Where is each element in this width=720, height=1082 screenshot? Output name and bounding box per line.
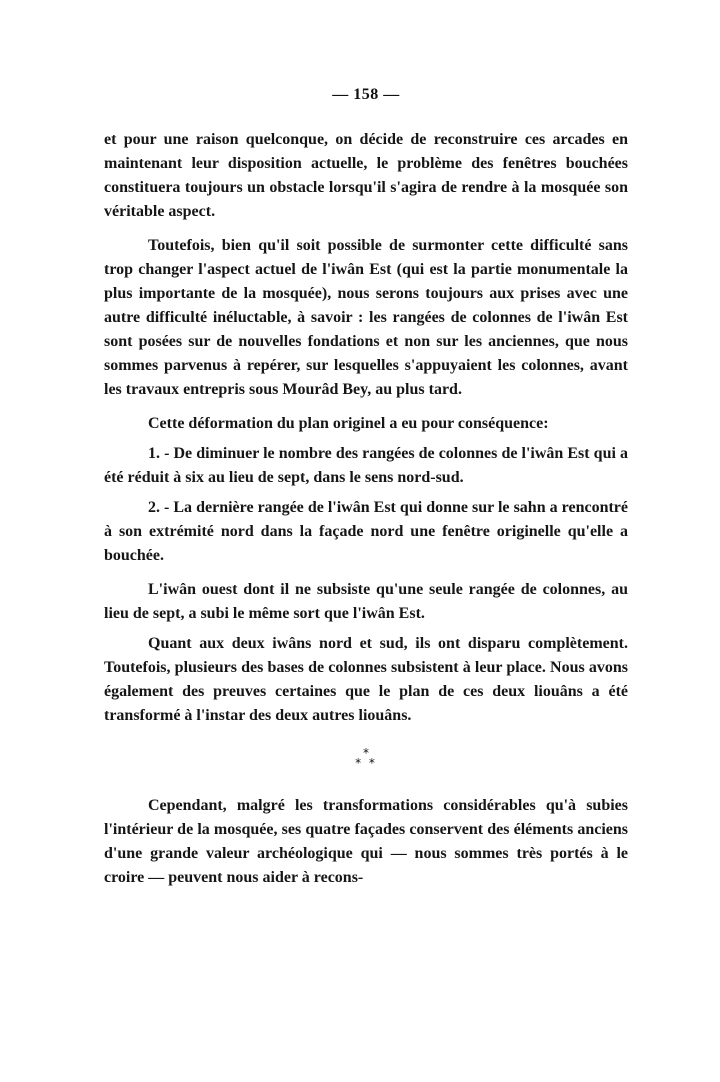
paragraph-toutefois: Toutefois, bien qu'il soit possible de s… <box>104 234 628 402</box>
list-item-2: 2. - La dernière rangée de l'iwân Est qu… <box>104 496 628 568</box>
section-separator-asterism: * * * <box>104 748 628 768</box>
paragraph-continuation: et pour une raison quelconque, on décide… <box>104 128 628 224</box>
page-number: — 158 — <box>104 86 628 104</box>
asterism-bottom: * * <box>104 758 628 768</box>
paragraph-consequence-intro: Cette déformation du plan originel a eu … <box>104 412 628 436</box>
paragraph-iwan-ouest: L'iwân ouest dont il ne subsiste qu'une … <box>104 578 628 626</box>
paragraph-iwans-nord-sud: Quant aux deux iwâns nord et sud, ils on… <box>104 632 628 728</box>
list-item-1: 1. - De diminuer le nombre des rangées d… <box>104 442 628 490</box>
body-text: et pour une raison quelconque, on décide… <box>104 128 628 890</box>
paragraph-cependant: Cependant, malgré les transformations co… <box>104 794 628 890</box>
